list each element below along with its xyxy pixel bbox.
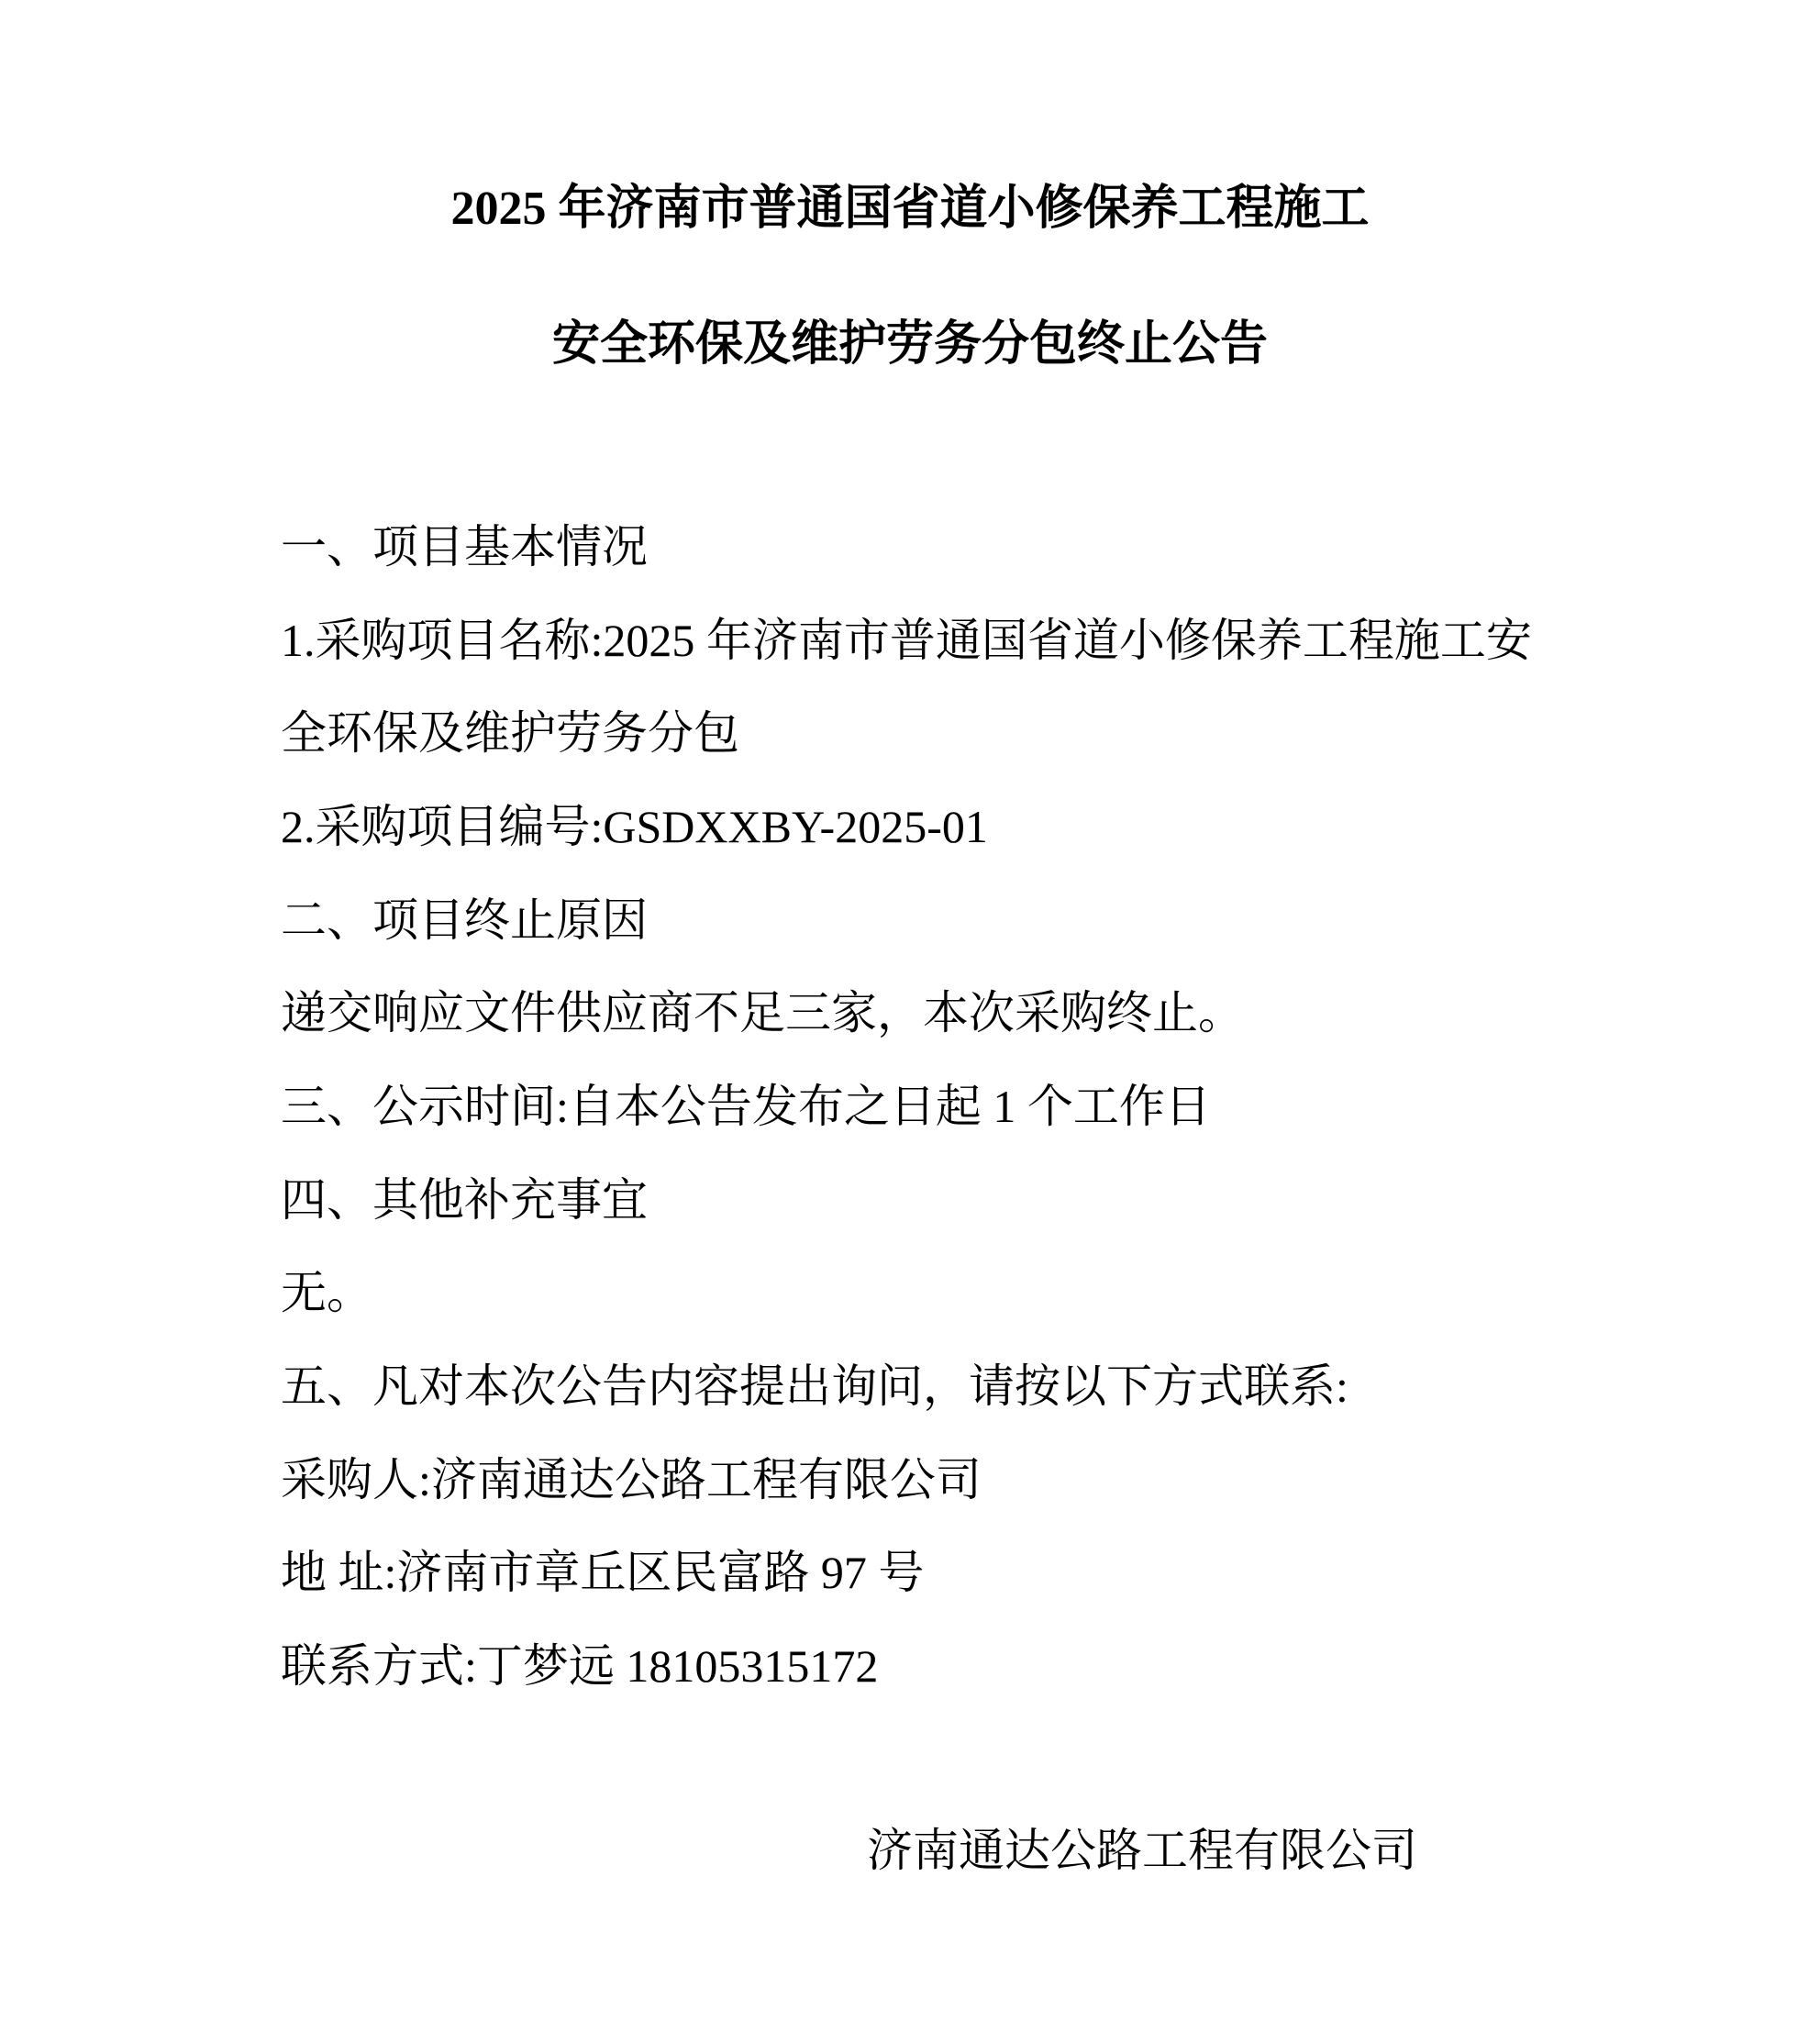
procurement-name-line-2: 全环保及维护劳务分包 (281, 705, 739, 761)
procurement-name-line-1: 1.采购项目名称:2025 年济南市普通国省道小修保养工程施工安 (281, 612, 1532, 669)
signature-company-name: 济南通达公路工程有限公司 (867, 1822, 1417, 1879)
section-3-publicity-period-line: 三、公示时间:自本公告发布之日起 1 个工作日 (281, 1078, 1211, 1135)
document-title-line-1: 2025 年济南市普通国省道小修保养工程施工 (0, 181, 1820, 238)
section-4-none-line: 无。 (281, 1264, 372, 1321)
document-page: 2025 年济南市普通国省道小修保养工程施工 安全环保及维护劳务分包终止公告 一… (0, 0, 1820, 2021)
document-title-line-2: 安全环保及维护劳务分包终止公告 (0, 316, 1820, 373)
procurement-number-line: 2.采购项目编号:GSDXXBY-2025-01 (281, 798, 988, 855)
termination-reason-line: 递交响应文件供应商不足三家，本次采购终止。 (281, 984, 1244, 1041)
section-2-heading: 二、项目终止原因 (281, 892, 648, 949)
contact-line: 联系方式:丁梦远 18105315172 (281, 1638, 878, 1694)
section-5-contact-intro-line: 五、凡对本次公告内容提出询问，请按以下方式联系: (281, 1358, 1348, 1415)
section-4-heading: 四、其他补充事宜 (281, 1172, 648, 1228)
section-1-heading: 一、项目基本情况 (281, 518, 648, 575)
purchaser-line: 采购人:济南通达公路工程有限公司 (281, 1451, 982, 1508)
address-line: 地 址:济南市章丘区民富路 97 号 (281, 1544, 924, 1601)
